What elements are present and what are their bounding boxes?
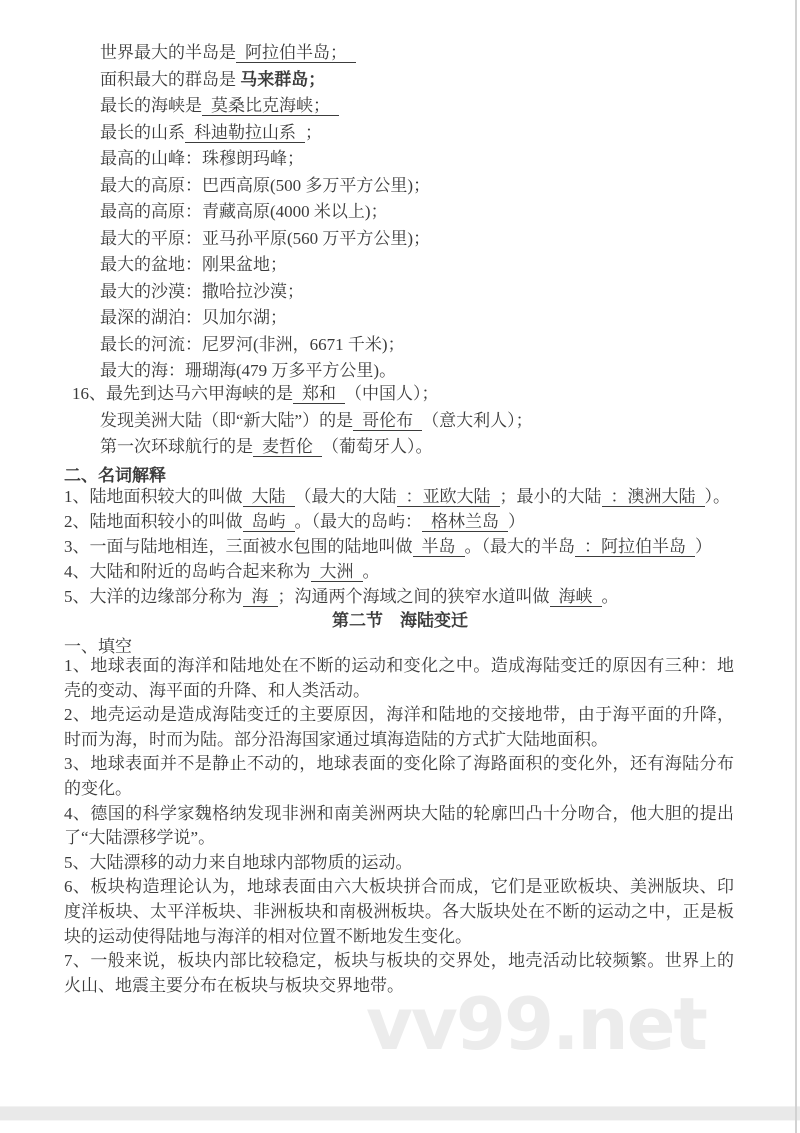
numbered-paragraph: 5、大陆漂移的动力来自地球内部物质的运动。	[64, 851, 734, 876]
text-line: 世界最大的半岛是阿拉伯半岛；	[100, 40, 430, 67]
section-title: 第二节 海陆变迁	[0, 606, 800, 631]
text-run: ）	[508, 512, 525, 531]
text-line: 最大的高原：巴西高原(500 多万平方公里)；	[100, 173, 430, 200]
fill-blank-answer: 半岛	[413, 537, 465, 557]
text-line: 最高的山峰：珠穆朗玛峰；	[100, 146, 430, 173]
text-run: 最高的高原：青藏高原(4000 米以上)；	[100, 202, 388, 221]
text-run: 最深的湖泊：贝加尔湖；	[100, 308, 287, 327]
text-run: （意大利人）；	[422, 411, 533, 430]
text-run: ；沟通两个海域之间的狭窄水道叫做	[278, 587, 550, 606]
text-run: ；最小的大陆	[500, 487, 602, 506]
text-line: 第一次环球航行的是麦哲伦（葡萄牙人）。	[100, 434, 533, 461]
numbered-paragraph: 6、板块构造理论认为，地球表面由六大板块拼合而成，它们是亚欧板块、美洲版块、印度…	[64, 875, 734, 949]
text-line: 3、一面与陆地相连，三面被水包围的陆地叫做半岛。（最大的半岛：阿拉伯半岛）	[64, 534, 730, 559]
text-line: 16、最先到达马六甲海峡的是郑和（中国人）；	[72, 381, 533, 408]
text-line: 最长的山系科迪勒拉山系；	[100, 120, 430, 147]
text-line: 最长的河流：尼罗河(非洲，6671 千米)；	[100, 332, 430, 359]
document-page: vv99.net 世界最大的半岛是阿拉伯半岛；面积最大的群岛是 马来群岛；最长的…	[0, 0, 800, 1133]
text-run: 16、最先到达马六甲海峡的是	[72, 384, 293, 403]
fill-blank-answer: 哥伦布	[353, 411, 422, 431]
text-run: 1、陆地面积较大的叫做	[64, 487, 243, 506]
fill-blank-answer: ：阿拉伯半岛	[575, 537, 695, 557]
fill-blank-answer: 海	[243, 587, 278, 607]
fill-blank-answer: 格林兰岛	[422, 512, 508, 532]
fill-blank-answer: 科迪勒拉山系	[185, 123, 305, 143]
text-line: 1、陆地面积较大的叫做大陆（最大的大陆：亚欧大陆；最小的大陆：澳洲大陆）。	[64, 484, 730, 509]
text-run: 5、大洋的边缘部分称为	[64, 587, 243, 606]
text-run: 最长的河流：尼罗河(非洲，6671 千米)；	[100, 335, 405, 354]
numbered-paragraph: 7、一般来说，板块内部比较稳定，板块与板块的交界处，地壳活动比较频繁。世界上的火…	[64, 949, 734, 998]
fill-blank-answer: ：亚欧大陆	[397, 487, 500, 507]
text-line: 最大的沙漠：撒哈拉沙漠；	[100, 279, 430, 306]
text-run: （中国人）；	[345, 384, 439, 403]
fill-blank-answer: 大陆	[243, 487, 295, 507]
site-watermark: vv99.net	[366, 988, 706, 1060]
text-run: 最大的盆地：刚果盆地；	[100, 255, 287, 274]
text-run: 世界最大的半岛是	[100, 43, 236, 62]
text-run: 发现美洲大陆（即“新大陆”）的是	[100, 411, 353, 430]
page-edge-line	[795, 0, 797, 1133]
bold-answer: 马来群岛；	[240, 70, 325, 89]
text-run: 2、陆地面积较小的叫做	[64, 512, 243, 531]
text-line: 最大的平原：亚马孙平原(560 万平方公里)；	[100, 226, 430, 253]
text-run: 。	[602, 587, 619, 606]
text-line: 最高的高原：青藏高原(4000 米以上)；	[100, 199, 430, 226]
fill-blank-answer: 岛屿	[243, 512, 295, 532]
text-line: 4、大陆和附近的岛屿合起来称为大洲。	[64, 559, 730, 584]
text-run: （葡萄牙人）。	[322, 437, 433, 456]
numbered-paragraph: 3、地球表面并不是静止不动的，地球表面的变化除了海路面积的变化外，还有海陆分布的…	[64, 752, 734, 801]
glossary-list: 1、陆地面积较大的叫做大陆（最大的大陆：亚欧大陆；最小的大陆：澳洲大陆）。2、陆…	[64, 484, 730, 609]
text-line: 最深的湖泊：贝加尔湖；	[100, 305, 430, 332]
fill-blank-answer: 海峡	[550, 587, 602, 607]
text-line: 最长的海峡是莫桑比克海峡；	[100, 93, 430, 120]
text-run: 最大的平原：亚马孙平原(560 万平方公里)；	[100, 229, 430, 248]
explorers-item: 16、最先到达马六甲海峡的是郑和（中国人）；发现美洲大陆（即“新大陆”）的是哥伦…	[72, 381, 533, 461]
fill-blank-answer: 郑和	[293, 384, 345, 404]
text-run: 第一次环球航行的是	[100, 437, 253, 456]
superlatives-list: 世界最大的半岛是阿拉伯半岛；面积最大的群岛是 马来群岛；最长的海峡是莫桑比克海峡…	[100, 40, 430, 385]
text-run: ；	[305, 123, 322, 142]
text-run: 。	[363, 562, 380, 581]
text-run: 4、大陆和附近的岛屿合起来称为	[64, 562, 311, 581]
fill-in-paragraphs: 1、地球表面的海洋和陆地处在不断的运动和变化之中。造成海陆变迁的原因有三种：地壳…	[64, 654, 734, 998]
numbered-paragraph: 4、德国的科学家魏格纳发现非洲和南美洲两块大陆的轮廓凹凸十分吻合，他大胆的提出了…	[64, 802, 734, 851]
text-run: 最长的海峡是	[100, 96, 202, 115]
text-run: 最长的山系	[100, 123, 185, 142]
text-run: （最大的大陆	[295, 487, 397, 506]
text-run: 最高的山峰：珠穆朗玛峰；	[100, 149, 304, 168]
text-run: 最大的高原：巴西高原(500 多万平方公里)；	[100, 176, 430, 195]
page-break-separator	[0, 1106, 800, 1121]
fill-blank-answer: 麦哲伦	[253, 437, 322, 457]
text-run: 。（最大的岛屿：	[295, 512, 423, 531]
text-line: 发现美洲大陆（即“新大陆”）的是哥伦布（意大利人）；	[100, 408, 533, 435]
text-run: ）。	[705, 487, 731, 506]
text-run: 3、一面与陆地相连，三面被水包围的陆地叫做	[64, 537, 413, 556]
text-run: 最大的沙漠：撒哈拉沙漠；	[100, 282, 304, 301]
text-line: 面积最大的群岛是 马来群岛；	[100, 67, 430, 94]
fill-blank-answer: 大洲	[311, 562, 363, 582]
text-line: 2、陆地面积较小的叫做岛屿。（最大的岛屿：格林兰岛）	[64, 509, 730, 534]
fill-blank-answer: 莫桑比克海峡；	[202, 96, 339, 116]
text-line: 最大的盆地：刚果盆地；	[100, 252, 430, 279]
text-run: 。（最大的半岛	[465, 537, 576, 556]
text-run: 面积最大的群岛是	[100, 70, 240, 89]
text-run: 最大的海：珊瑚海(479 万多平方公里)。	[100, 361, 396, 380]
fill-blank-answer: ：澳洲大陆	[602, 487, 705, 507]
numbered-paragraph: 1、地球表面的海洋和陆地处在不断的运动和变化之中。造成海陆变迁的原因有三种：地壳…	[64, 654, 734, 703]
numbered-paragraph: 2、地壳运动是造成海陆变迁的主要原因，海洋和陆地的交接地带，由于海平面的升降，时…	[64, 703, 734, 752]
fill-blank-answer: 阿拉伯半岛；	[236, 43, 356, 63]
text-run: ）	[695, 537, 712, 556]
